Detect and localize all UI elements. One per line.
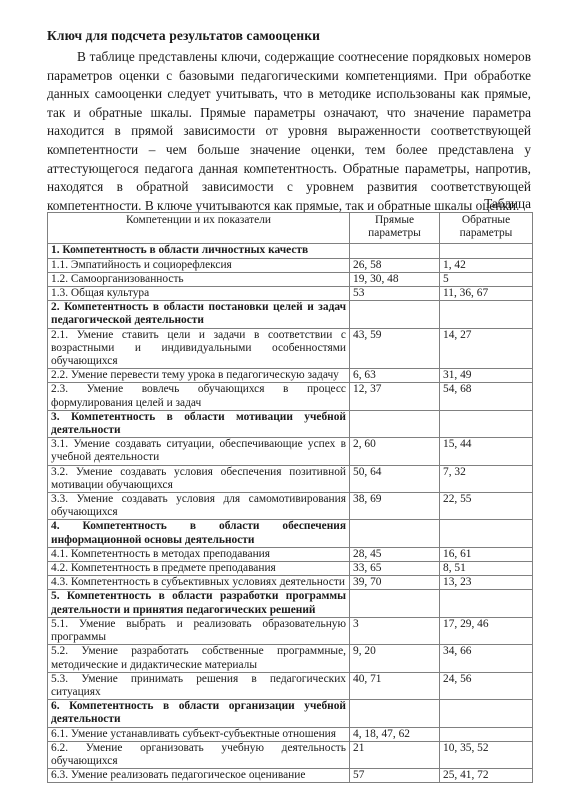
direct-params-cell: 4, 18, 47, 62: [350, 727, 440, 741]
competency-cell: 5. Компетентность в области разработки п…: [48, 590, 350, 617]
reverse-params-cell: 31, 49: [440, 369, 533, 383]
direct-params-cell: 19, 30, 48: [350, 272, 440, 286]
reverse-params-cell: [440, 410, 533, 437]
table-row: 3.2. Умение создавать условия обеспечени…: [48, 465, 533, 492]
competency-cell: 6. Компетентность в области организации …: [48, 700, 350, 727]
table-row: 5.3. Умение принимать решения в педагоги…: [48, 672, 533, 699]
reverse-params-cell: [440, 244, 533, 258]
competency-cell: 4.1. Компетентность в методах преподаван…: [48, 547, 350, 561]
table-section-row: 5. Компетентность в области разработки п…: [48, 590, 533, 617]
table-row: 2.2. Умение перевести тему урока в педаг…: [48, 369, 533, 383]
reverse-params-cell: 24, 56: [440, 672, 533, 699]
reverse-params-cell: [440, 727, 533, 741]
direct-params-cell: 57: [350, 769, 440, 783]
table-row: 1.2. Самоорганизованность19, 30, 485: [48, 272, 533, 286]
table-section-row: 3. Компетентность в области мотивации уч…: [48, 410, 533, 437]
direct-params-cell: [350, 410, 440, 437]
intro-paragraph: В таблице представлены ключи, содержащие…: [47, 48, 531, 215]
header-direct-params: Прямые параметры: [350, 213, 440, 244]
table-section-row: 2. Компетентность в области постановки ц…: [48, 301, 533, 328]
competency-cell: 5.2. Умение разработать собственные прог…: [48, 645, 350, 672]
competency-cell: 4.3. Компетентность в субъективных услов…: [48, 576, 350, 590]
table-row: 5.2. Умение разработать собственные прог…: [48, 645, 533, 672]
direct-params-cell: [350, 700, 440, 727]
reverse-params-cell: 34, 66: [440, 645, 533, 672]
reverse-params-cell: 15, 44: [440, 438, 533, 465]
competency-cell: 2.2. Умение перевести тему урока в педаг…: [48, 369, 350, 383]
competency-cell: 5.1. Умение выбрать и реализовать образо…: [48, 617, 350, 644]
table-row: 2.3. Умение вовлечь обучающихся в процес…: [48, 383, 533, 410]
reverse-params-cell: 5: [440, 272, 533, 286]
table-header-row: Компетенции и их показатели Прямые парам…: [48, 213, 533, 244]
table-section-row: 1. Компетентность в области личностных к…: [48, 244, 533, 258]
reverse-params-cell: 7, 32: [440, 465, 533, 492]
table-body: 1. Компетентность в области личностных к…: [48, 244, 533, 783]
table-row: 6.1. Умение устанавливать субъект-субъек…: [48, 727, 533, 741]
direct-params-cell: [350, 520, 440, 547]
competency-cell: 6.1. Умение устанавливать субъект-субъек…: [48, 727, 350, 741]
competency-cell: 1.2. Самоорганизованность: [48, 272, 350, 286]
reverse-params-cell: 14, 27: [440, 328, 533, 369]
competency-cell: 1.1. Эмпатийность и социорефлексия: [48, 258, 350, 272]
competency-cell: 4.2. Компетентность в предмете преподава…: [48, 562, 350, 576]
direct-params-cell: 3: [350, 617, 440, 644]
table-section-row: 6. Компетентность в области организации …: [48, 700, 533, 727]
document-title: Ключ для подсчета результатов самооценки: [47, 28, 320, 44]
reverse-params-cell: [440, 700, 533, 727]
direct-params-cell: 6, 63: [350, 369, 440, 383]
reverse-params-cell: 54, 68: [440, 383, 533, 410]
direct-params-cell: 9, 20: [350, 645, 440, 672]
direct-params-cell: 50, 64: [350, 465, 440, 492]
direct-params-cell: 2, 60: [350, 438, 440, 465]
reverse-params-cell: [440, 301, 533, 328]
direct-params-cell: 43, 59: [350, 328, 440, 369]
reverse-params-cell: 8, 51: [440, 562, 533, 576]
competency-cell: 6.3. Умение реализовать педагогическое о…: [48, 769, 350, 783]
direct-params-cell: 28, 45: [350, 547, 440, 561]
table-row: 3.3. Умение создавать условия для самомо…: [48, 493, 533, 520]
direct-params-cell: 26, 58: [350, 258, 440, 272]
reverse-params-cell: 1, 42: [440, 258, 533, 272]
reverse-params-cell: 10, 35, 52: [440, 741, 533, 768]
reverse-params-cell: 11, 36, 67: [440, 287, 533, 301]
direct-params-cell: 39, 70: [350, 576, 440, 590]
table-row: 5.1. Умение выбрать и реализовать образо…: [48, 617, 533, 644]
direct-params-cell: [350, 301, 440, 328]
direct-params-cell: 40, 71: [350, 672, 440, 699]
direct-params-cell: 38, 69: [350, 493, 440, 520]
competency-cell: 2.1. Умение ставить цели и задачи в соот…: [48, 328, 350, 369]
table-row: 4.3. Компетентность в субъективных услов…: [48, 576, 533, 590]
reverse-params-cell: 16, 61: [440, 547, 533, 561]
reverse-params-cell: [440, 590, 533, 617]
reverse-params-cell: 25, 41, 72: [440, 769, 533, 783]
table-row: 1.1. Эмпатийность и социорефлексия26, 58…: [48, 258, 533, 272]
competency-cell: 3.3. Умение создавать условия для самомо…: [48, 493, 350, 520]
competency-cell: 1. Компетентность в области личностных к…: [48, 244, 350, 258]
table-row: 4.1. Компетентность в методах преподаван…: [48, 547, 533, 561]
reverse-params-cell: [440, 520, 533, 547]
table-row: 2.1. Умение ставить цели и задачи в соот…: [48, 328, 533, 369]
table-section-row: 4. Компетентность в области обеспечения …: [48, 520, 533, 547]
reverse-params-cell: 13, 23: [440, 576, 533, 590]
direct-params-cell: 21: [350, 741, 440, 768]
competency-cell: 6.2. Умение организовать учебную деятель…: [48, 741, 350, 768]
table-row: 1.3. Общая культура5311, 36, 67: [48, 287, 533, 301]
competency-cell: 3. Компетентность в области мотивации уч…: [48, 410, 350, 437]
reverse-params-cell: 17, 29, 46: [440, 617, 533, 644]
direct-params-cell: [350, 590, 440, 617]
direct-params-cell: 53: [350, 287, 440, 301]
direct-params-cell: 12, 37: [350, 383, 440, 410]
competency-cell: 3.2. Умение создавать условия обеспечени…: [48, 465, 350, 492]
header-competencies: Компетенции и их показатели: [48, 213, 350, 244]
reverse-params-cell: 22, 55: [440, 493, 533, 520]
direct-params-cell: [350, 244, 440, 258]
table-row: 6.2. Умение организовать учебную деятель…: [48, 741, 533, 768]
table-row: 6.3. Умение реализовать педагогическое о…: [48, 769, 533, 783]
header-reverse-params: Обратные параметры: [440, 213, 533, 244]
competency-cell: 5.3. Умение принимать решения в педагоги…: [48, 672, 350, 699]
table-row: 4.2. Компетентность в предмете преподава…: [48, 562, 533, 576]
competency-cell: 2.3. Умение вовлечь обучающихся в процес…: [48, 383, 350, 410]
competency-cell: 1.3. Общая культура: [48, 287, 350, 301]
key-table: Компетенции и их показатели Прямые парам…: [47, 212, 533, 783]
competency-cell: 3.1. Умение создавать ситуации, обеспечи…: [48, 438, 350, 465]
direct-params-cell: 33, 65: [350, 562, 440, 576]
competency-cell: 2. Компетентность в области постановки ц…: [48, 301, 350, 328]
table-row: 3.1. Умение создавать ситуации, обеспечи…: [48, 438, 533, 465]
competency-cell: 4. Компетентность в области обеспечения …: [48, 520, 350, 547]
table-caption: Таблица: [484, 196, 531, 212]
